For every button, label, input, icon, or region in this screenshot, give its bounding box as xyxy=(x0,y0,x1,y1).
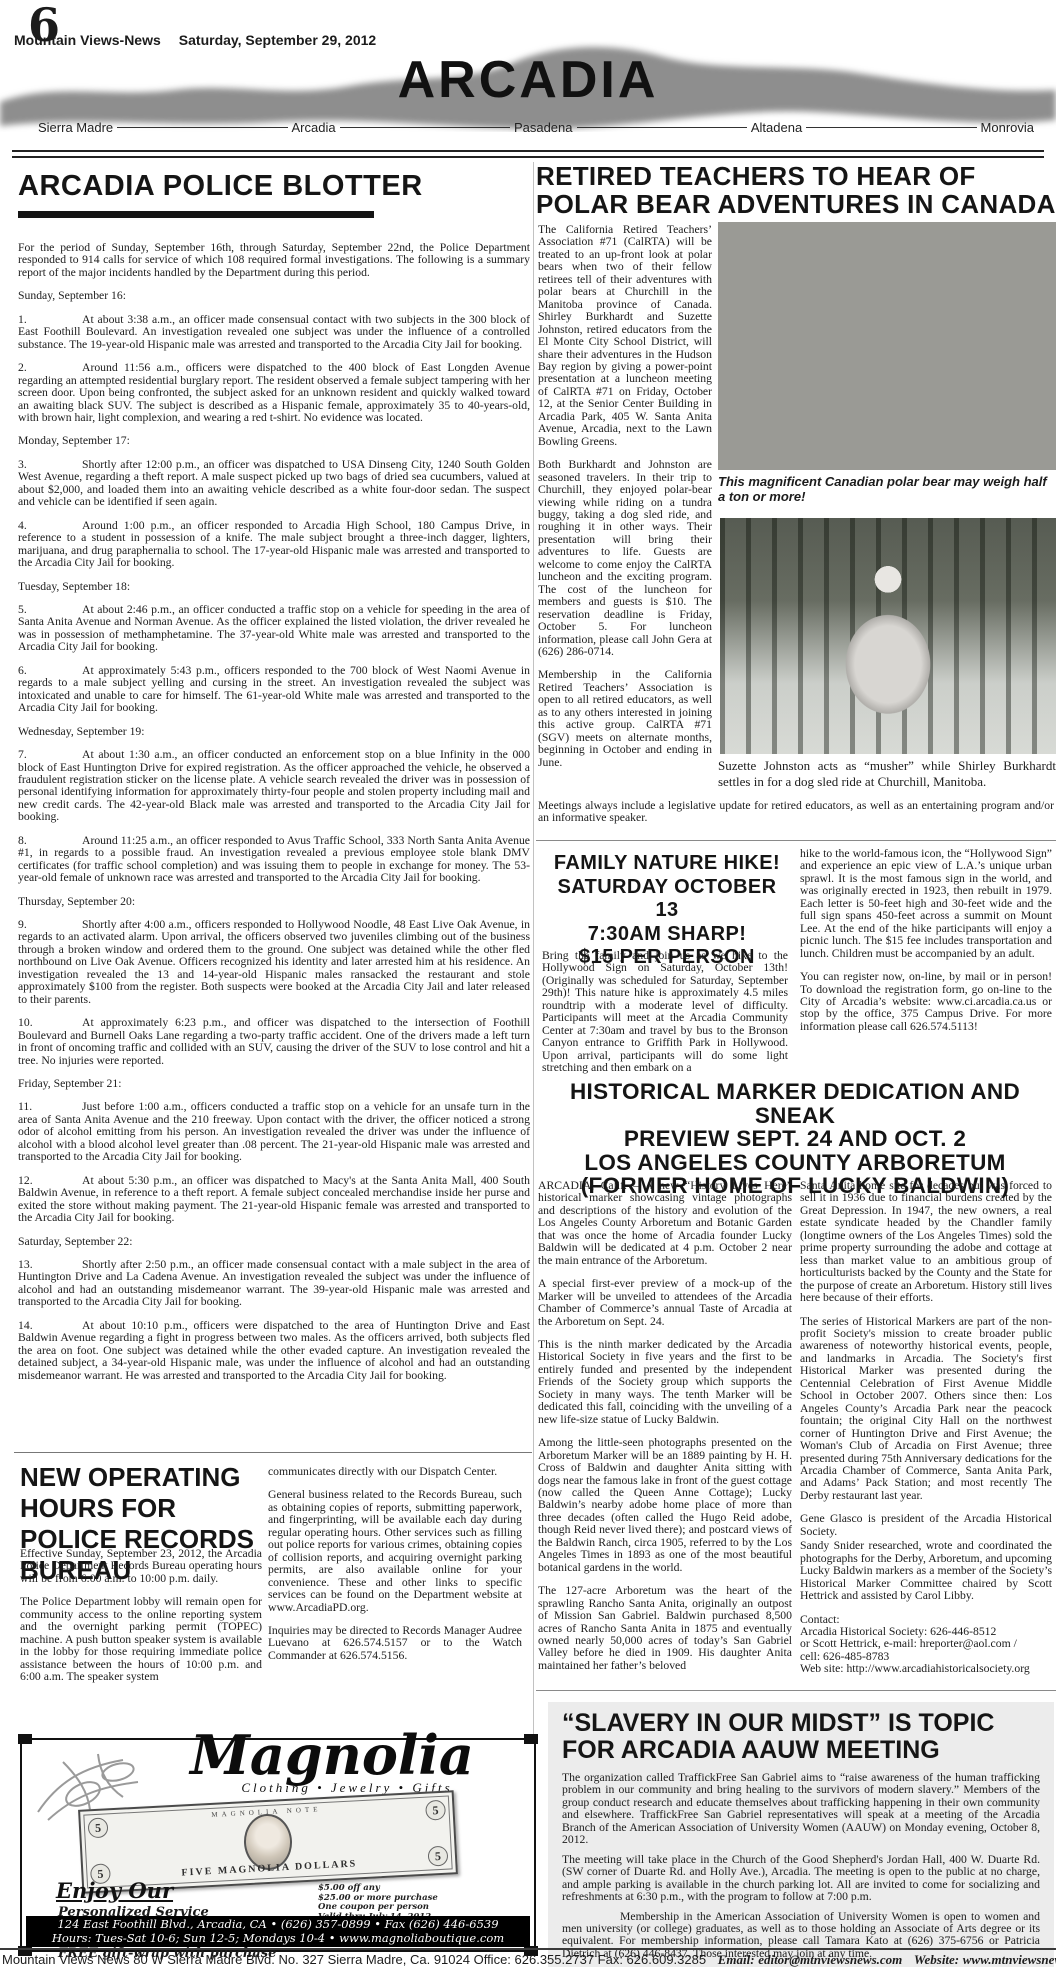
blotter-item: 2.Around 11:56 a.m., officers were dispa… xyxy=(18,362,530,424)
historical-contact: Contact: Arcadia Historical Society: 626… xyxy=(800,1614,1052,1676)
dog-sled-caption: Suzette Johnston acts as “musher” while … xyxy=(718,758,1056,789)
item-text: At approximately 5:43 p.m., officers res… xyxy=(18,664,530,714)
historical-paragraph: A special first-ever preview of a mock-u… xyxy=(538,1278,792,1328)
item-text: Around 1:00 p.m., an officer responded t… xyxy=(18,519,530,569)
historical-paragraph: ARCADIA, Calif. – A new “History Lives H… xyxy=(538,1180,792,1267)
blotter-day-header: Thursday, September 20: xyxy=(18,896,530,908)
column-divider xyxy=(533,162,534,1946)
police-blotter-article: ARCADIA POLICE BLOTTER For the period of… xyxy=(18,170,530,1393)
dog-sled-photo xyxy=(720,518,1056,754)
calrta-paragraph: Membership in the California Retired Tea… xyxy=(538,669,712,769)
right-column: RETIRED TEACHERS TO HEAR OF POLAR BEAR A… xyxy=(536,160,1056,1950)
historical-paragraph: Among the little-seen photographs presen… xyxy=(538,1437,792,1574)
magnolia-advertisement: Magnolia Clothing • Jewelry • Gifts 5 5 … xyxy=(20,1738,536,1952)
blotter-item: 13.Shortly after 2:50 p.m., an officer m… xyxy=(18,1259,530,1309)
section-title: ARCADIA xyxy=(0,50,1056,110)
aauw-body: The organization called TraffickFree San… xyxy=(562,1772,1040,1960)
blotter-item: 1.At about 3:38 a.m., an officer made co… xyxy=(18,314,530,351)
footer-email-label: Email: xyxy=(718,1952,755,1967)
historical-paragraph: Santa Anita home site for decades but wa… xyxy=(800,1180,1052,1305)
blotter-item: 11.Just before 1:00 a.m., officers condu… xyxy=(18,1101,530,1163)
item-text: At approximately 6:23 p.m., and officer … xyxy=(18,1016,530,1066)
hike-paragraph: You can register now, on-line, by mail o… xyxy=(800,971,1052,1033)
historical-paragraph: The 127-acre Arboretum was the heart of … xyxy=(538,1585,792,1672)
calrta-paragraph: Both Burkhardt and Johnston are seasoned… xyxy=(538,459,712,658)
footer-address: Mountain Views News 80 W Sierra Madre Bl… xyxy=(2,1952,706,1967)
item-text: At about 10:10 p.m., officers were dispa… xyxy=(18,1319,530,1382)
city-arcadia: Arcadia xyxy=(290,120,338,135)
city-pasadena: Pasadena xyxy=(512,120,575,135)
blotter-day-header: Saturday, September 22: xyxy=(18,1236,530,1248)
ad-hours: Hours: Tues-Sat 10-6; Sun 12-5; Mondays … xyxy=(26,1931,530,1945)
header-divider xyxy=(12,150,1044,158)
records-paragraph: communicates directly with our Dispatch … xyxy=(268,1466,522,1478)
item-text: Around 11:56 a.m., officers were dispatc… xyxy=(18,361,530,424)
blotter-item: 5.At about 2:46 p.m., an officer conduct… xyxy=(18,604,530,654)
item-text: Shortly after 12:00 p.m., an officer was… xyxy=(18,458,530,508)
calrta-paragraph: The California Retired Teachers’ Associa… xyxy=(538,224,712,448)
item-text: Around 11:25 a.m., an officer responded … xyxy=(18,834,530,884)
ad-address: 124 East Foothill Blvd., Arcadia, CA • (… xyxy=(26,1917,530,1931)
newspaper-page: { "page": { "number": "6", "masthead": "… xyxy=(0,0,1056,1967)
calrta-closing: Meetings always include a legislative up… xyxy=(538,800,1054,825)
item-text: At about 1:30 a.m., an officer conducted… xyxy=(18,748,530,823)
cities-strip: Sierra Madre Arcadia Pasadena Altadena M… xyxy=(36,120,1036,135)
records-paragraph: Effective Sunday, September 23, 2012, th… xyxy=(20,1548,262,1585)
city-monrovia: Monrovia xyxy=(979,120,1036,135)
historical-paragraph: This is the ninth marker dedicated by th… xyxy=(538,1339,792,1426)
records-right-column: communicates directly with our Dispatch … xyxy=(268,1466,522,1673)
item-text: Shortly after 4:00 a.m., officers respon… xyxy=(18,918,530,1006)
bill-inner-border: 5 5 5 5 MAGNOLIA NOTE FIVE MAGNOLIA DOLL… xyxy=(83,1795,452,1888)
records-paragraph: General business related to the Records … xyxy=(268,1489,522,1614)
polar-bear-caption: This magnificent Canadian polar bear may… xyxy=(718,474,1056,504)
hike-right-body: hike to the world-famous icon, the “Holl… xyxy=(800,848,1052,1044)
blotter-day-header: Sunday, September 16: xyxy=(18,290,530,302)
magnolia-logo: Magnolia xyxy=(132,1728,532,1782)
rule xyxy=(806,127,976,128)
rule xyxy=(577,127,747,128)
blotter-item: 12.At about 5:30 p.m., an officer was di… xyxy=(18,1175,530,1225)
retired-teachers-headline: RETIRED TEACHERS TO HEAR OF POLAR BEAR A… xyxy=(536,162,1056,218)
polar-bear-photo xyxy=(718,222,1056,470)
blotter-item: 6.At approximately 5:43 p.m., officers r… xyxy=(18,665,530,715)
item-text: Just before 1:00 a.m., officers conducte… xyxy=(18,1100,530,1163)
ad-address-bar: 124 East Foothill Blvd., Arcadia, CA • (… xyxy=(26,1916,530,1947)
footer-website-label: Website: xyxy=(914,1952,959,1967)
blotter-item: 10.At approximately 6:23 p.m., and offic… xyxy=(18,1017,530,1067)
historical-right-column: Santa Anita home site for decades but wa… xyxy=(800,1180,1052,1676)
headline-rule xyxy=(18,211,374,218)
hike-headline-line: SATURDAY OCTOBER 13 xyxy=(550,876,784,923)
footer-email: editor@mtnviewsnews.com xyxy=(758,1952,902,1967)
rule xyxy=(340,127,510,128)
magnolia-tagline: Clothing • Jewelry • Gifts xyxy=(172,1780,522,1796)
page-footer: Mountain Views News 80 W Sierra Madre Bl… xyxy=(0,1948,1056,1967)
hike-paragraph: hike to the world-famous icon, the “Holl… xyxy=(800,848,1052,960)
blotter-item: 14.At about 10:10 p.m., officers were di… xyxy=(18,1320,530,1382)
item-text: At about 2:46 p.m., an officer conducted… xyxy=(18,603,530,653)
calrta-text-column: The California Retired Teachers’ Associa… xyxy=(538,224,712,780)
section-divider xyxy=(536,840,1056,841)
aauw-article: “SLAVERY IN OUR MIDST” IS TOPIC FOR ARCA… xyxy=(548,1702,1054,1967)
city-sierra-madre: Sierra Madre xyxy=(36,120,115,135)
hike-left-body: Bring the family and join us as we hike … xyxy=(542,950,788,1075)
records-section-divider xyxy=(14,1452,532,1453)
blotter-intro: For the period of Sunday, September 16th… xyxy=(18,242,530,279)
records-bureau-article: NEW OPERATING HOURS FOR POLICE RECORDS B… xyxy=(18,1462,530,1732)
ad-enjoy-our: Enjoy Our xyxy=(56,1878,173,1903)
blotter-item: 9.Shortly after 4:00 a.m., officers resp… xyxy=(18,919,530,1006)
item-text: At about 5:30 p.m., an officer was dispa… xyxy=(18,1174,530,1224)
blotter-item: 4.Around 1:00 p.m., an officer responded… xyxy=(18,520,530,570)
blotter-headline: ARCADIA POLICE BLOTTER xyxy=(18,170,530,202)
contact-line: or Scott Hettrick, e-mail: hreporter@aol… xyxy=(800,1638,1052,1650)
historical-headline-line: LOS ANGELES COUNTY ARBORETUM xyxy=(536,1151,1054,1175)
section-divider xyxy=(536,1690,1056,1691)
contact-line: Web site: http://www.arcadiahistoricalso… xyxy=(800,1663,1052,1675)
blotter-item: 7.At about 1:30 a.m., an officer conduct… xyxy=(18,749,530,824)
blotter-item: 3.Shortly after 12:00 p.m., an officer w… xyxy=(18,459,530,509)
records-left-column: Effective Sunday, September 23, 2012, th… xyxy=(20,1548,262,1695)
records-paragraph: Inquiries may be directed to Records Man… xyxy=(268,1625,522,1662)
historical-paragraph: The series of Historical Markers are par… xyxy=(800,1316,1052,1503)
city-altadena: Altadena xyxy=(749,120,804,135)
blotter-item: 8.Around 11:25 a.m., an officer responde… xyxy=(18,835,530,885)
rule xyxy=(117,127,287,128)
aauw-paragraph: The organization called TraffickFree San… xyxy=(562,1772,1040,1847)
historical-left-column: ARCADIA, Calif. – A new “History Lives H… xyxy=(538,1180,792,1683)
aauw-headline: “SLAVERY IN OUR MIDST” IS TOPIC FOR ARCA… xyxy=(562,1710,1040,1764)
historical-paragraph: Sandy Snider researched, wrote and coord… xyxy=(800,1540,1052,1602)
historical-headline-line: HISTORICAL MARKER DEDICATION AND SNEAK xyxy=(536,1080,1054,1127)
hike-headline-line: FAMILY NATURE HIKE! xyxy=(550,852,784,876)
aauw-paragraph: The meeting will take place in the Churc… xyxy=(562,1854,1040,1904)
blotter-day-header: Wednesday, September 19: xyxy=(18,726,530,738)
blotter-day-header: Tuesday, September 18: xyxy=(18,581,530,593)
footer-website: www.mtnviewsnews.com xyxy=(963,1952,1056,1967)
historical-paragraph: Gene Glasco is president of the Arcadia … xyxy=(800,1513,1052,1538)
item-text: Shortly after 2:50 p.m., an officer made… xyxy=(18,1258,530,1308)
hike-headline-line: 7:30AM SHARP! xyxy=(550,923,784,947)
records-paragraph: The Police Department lobby will remain … xyxy=(20,1596,262,1683)
historical-headline-line: PREVIEW SEPT. 24 AND OCT. 2 xyxy=(536,1127,1054,1151)
item-text: At about 3:38 a.m., an officer made cons… xyxy=(18,313,530,351)
blotter-day-header: Monday, September 17: xyxy=(18,435,530,447)
blotter-day-header: Friday, September 21: xyxy=(18,1078,530,1090)
